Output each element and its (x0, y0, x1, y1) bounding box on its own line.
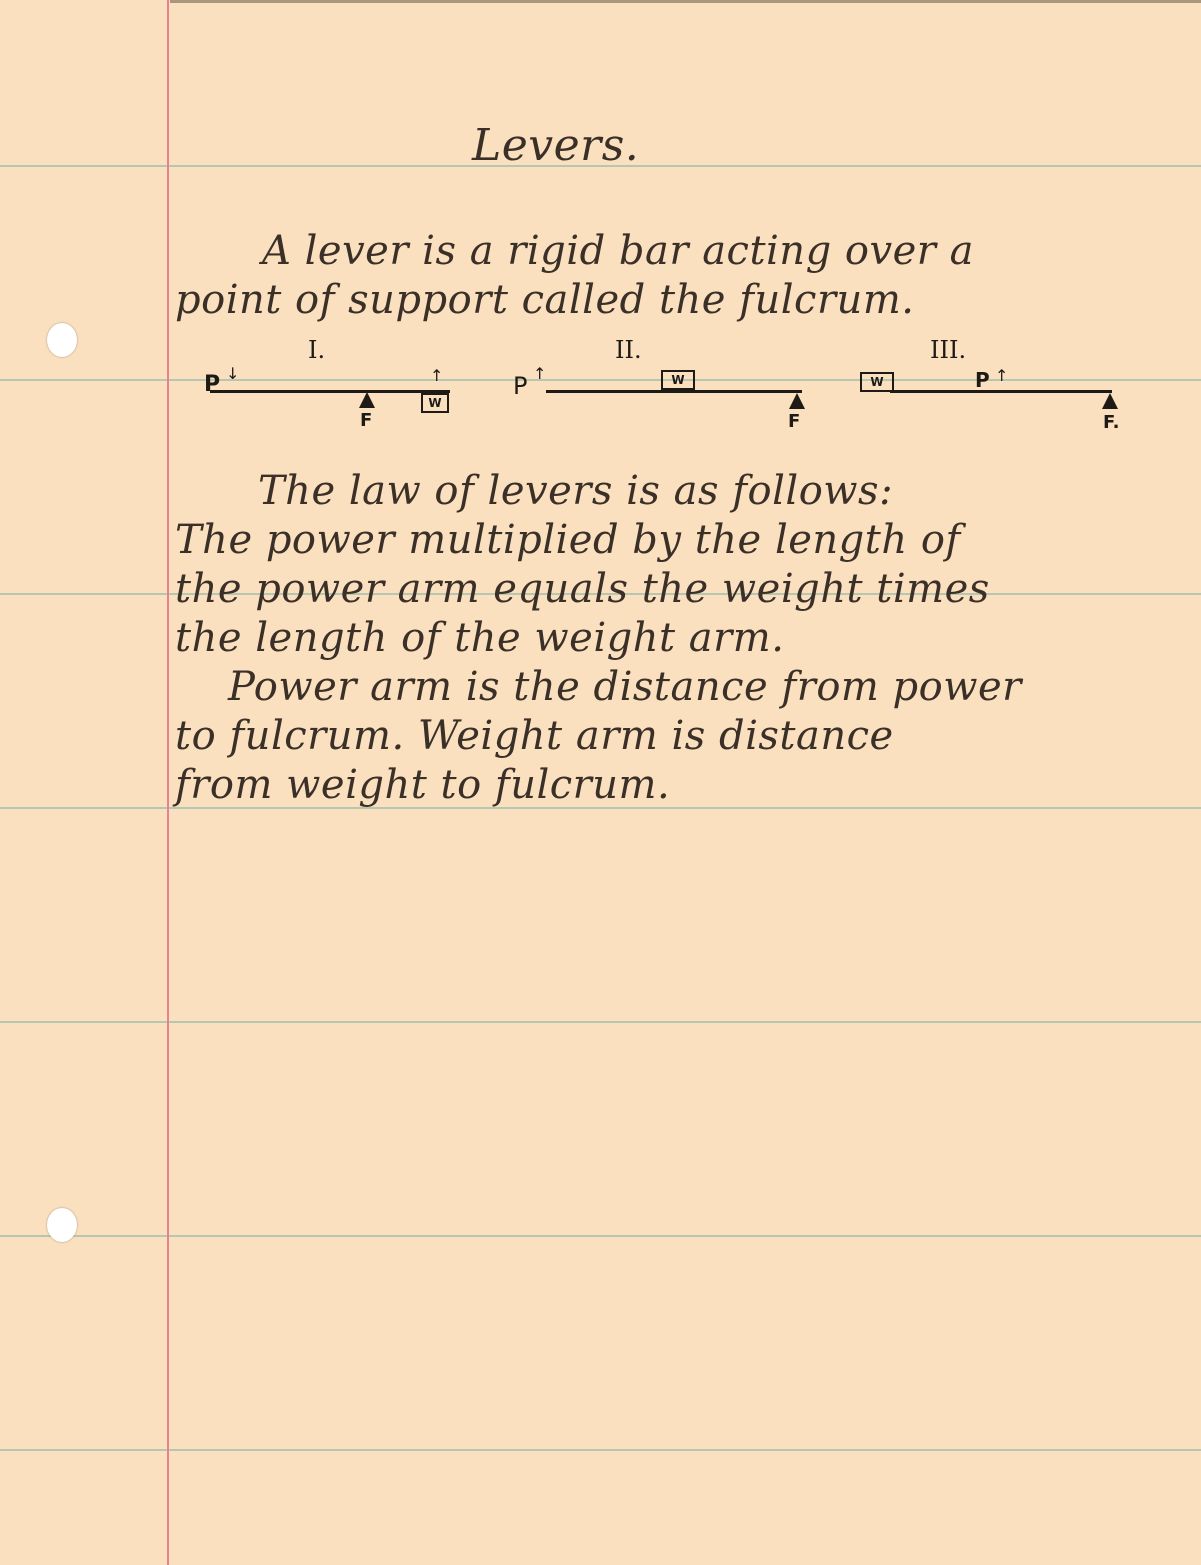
punch-hole-top (47, 323, 77, 357)
fulcrum-triangle-icon (359, 392, 375, 408)
lever-bar (890, 390, 1112, 393)
arrow-up-icon: ↑ (995, 366, 1008, 385)
arrow-down-icon: ↓ (226, 364, 239, 383)
lever-bar (546, 390, 802, 393)
law-line-2: The power multiplied by the length of (175, 517, 961, 563)
fulcrum-label: F. (1103, 412, 1120, 433)
weight-box: W (860, 372, 894, 392)
fulcrum-triangle-icon (789, 393, 805, 409)
punch-hole-bottom (47, 1208, 77, 1242)
law-line-7: from weight to fulcrum. (175, 762, 670, 808)
diagram-numeral: II. (615, 336, 642, 364)
page-top-edge (170, 0, 1201, 3)
lever-bar (210, 390, 450, 393)
fulcrum-triangle-icon (1102, 393, 1118, 409)
law-line-3: the power arm equals the weight times (175, 566, 990, 612)
weight-box: W (421, 393, 449, 413)
law-line-1: The law of levers is as follows: (258, 468, 893, 514)
fulcrum-label: F (788, 411, 800, 432)
power-label: P (975, 368, 990, 392)
power-label: P (204, 372, 220, 397)
arrow-up-icon: ↑ (533, 364, 546, 383)
definition-line-1: A lever is a rigid bar acting over a (262, 228, 974, 274)
definition-line-2: point of support called the fulcrum. (175, 277, 914, 323)
fulcrum-label: F (360, 410, 372, 431)
weight-box: W (661, 370, 695, 390)
law-line-6: to fulcrum. Weight arm is distance (175, 713, 894, 759)
law-line-4: the length of the weight arm. (175, 615, 784, 661)
power-label: P (513, 372, 527, 400)
page-title: Levers. (472, 120, 639, 171)
arrow-up-icon: ↑ (430, 366, 443, 385)
diagram-numeral: I. (308, 336, 325, 364)
notebook-page: Levers. A lever is a rigid bar acting ov… (0, 0, 1201, 1565)
diagram-numeral: III. (930, 336, 966, 364)
margin-line (167, 0, 169, 1565)
law-line-5: Power arm is the distance from power (228, 664, 1022, 710)
